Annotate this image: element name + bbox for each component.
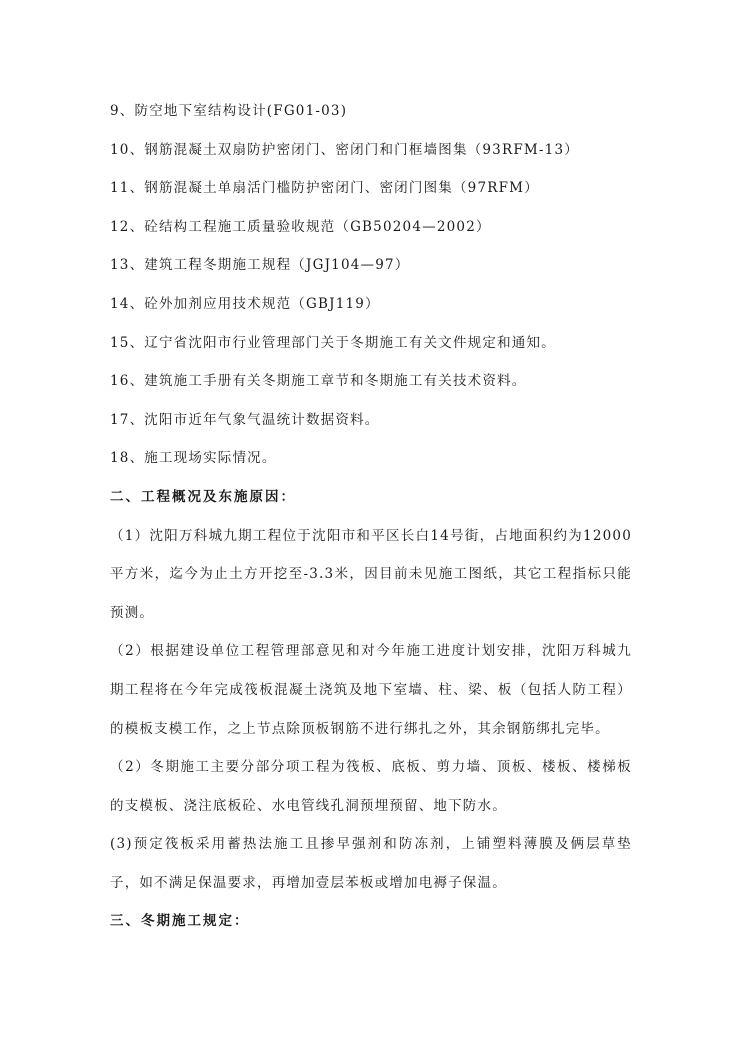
document-body: 9、防空地下室结构设计(FG01-03) 10、钢筋混凝土双扇防护密闭门、密闭门…	[110, 92, 632, 941]
reference-item-16: 16、建筑施工手册有关冬期施工章节和冬期施工有关技术资料。	[110, 362, 632, 401]
paragraph-curing-method: (3)预定筏板采用蓄热法施工且掺早强剂和防冻剂，上铺塑料薄膜及俩层草垫子，如不满…	[110, 825, 632, 902]
reference-item-15: 15、辽宁省沈阳市行业管理部门关于冬期施工有关文件规定和通知。	[110, 324, 632, 363]
document-page: 9、防空地下室结构设计(FG01-03) 10、钢筋混凝土双扇防护密闭门、密闭门…	[0, 0, 744, 1052]
paragraph-project-location: （1）沈阳万科城九期工程位于沈阳市和平区长白14号街，占地面积约为12000平方…	[110, 517, 632, 633]
section-heading-winter-rules: 三、冬期施工规定：	[110, 902, 632, 941]
reference-item-13: 13、建筑工程冬期施工规程（JGJ104—97）	[110, 246, 632, 285]
reference-item-17: 17、沈阳市近年气象气温统计数据资料。	[110, 401, 632, 440]
section-heading-project-overview: 二、工程概况及东施原因：	[110, 478, 632, 517]
paragraph-schedule-plan: （2）根据建设单位工程管理部意见和对今年施工进度计划安排，沈阳万科城九期工程将在…	[110, 632, 632, 748]
reference-item-11: 11、钢筋混凝土单扇活门槛防护密闭门、密闭门图集（97RFM）	[110, 169, 632, 208]
reference-item-14: 14、砼外加剂应用技术规范（GBJ119）	[110, 285, 632, 324]
reference-item-12: 12、砼结构工程施工质量验收规范（GB50204—2002）	[110, 208, 632, 247]
reference-item-10: 10、钢筋混凝土双扇防护密闭门、密闭门和门框墙图集（93RFM-13）	[110, 131, 632, 170]
reference-item-18: 18、施工现场实际情况。	[110, 439, 632, 478]
reference-item-9: 9、防空地下室结构设计(FG01-03)	[110, 92, 632, 131]
paragraph-winter-works: （2）冬期施工主要分部分项工程为筏板、底板、剪力墙、顶板、楼板、楼梯板的支模板、…	[110, 748, 632, 825]
